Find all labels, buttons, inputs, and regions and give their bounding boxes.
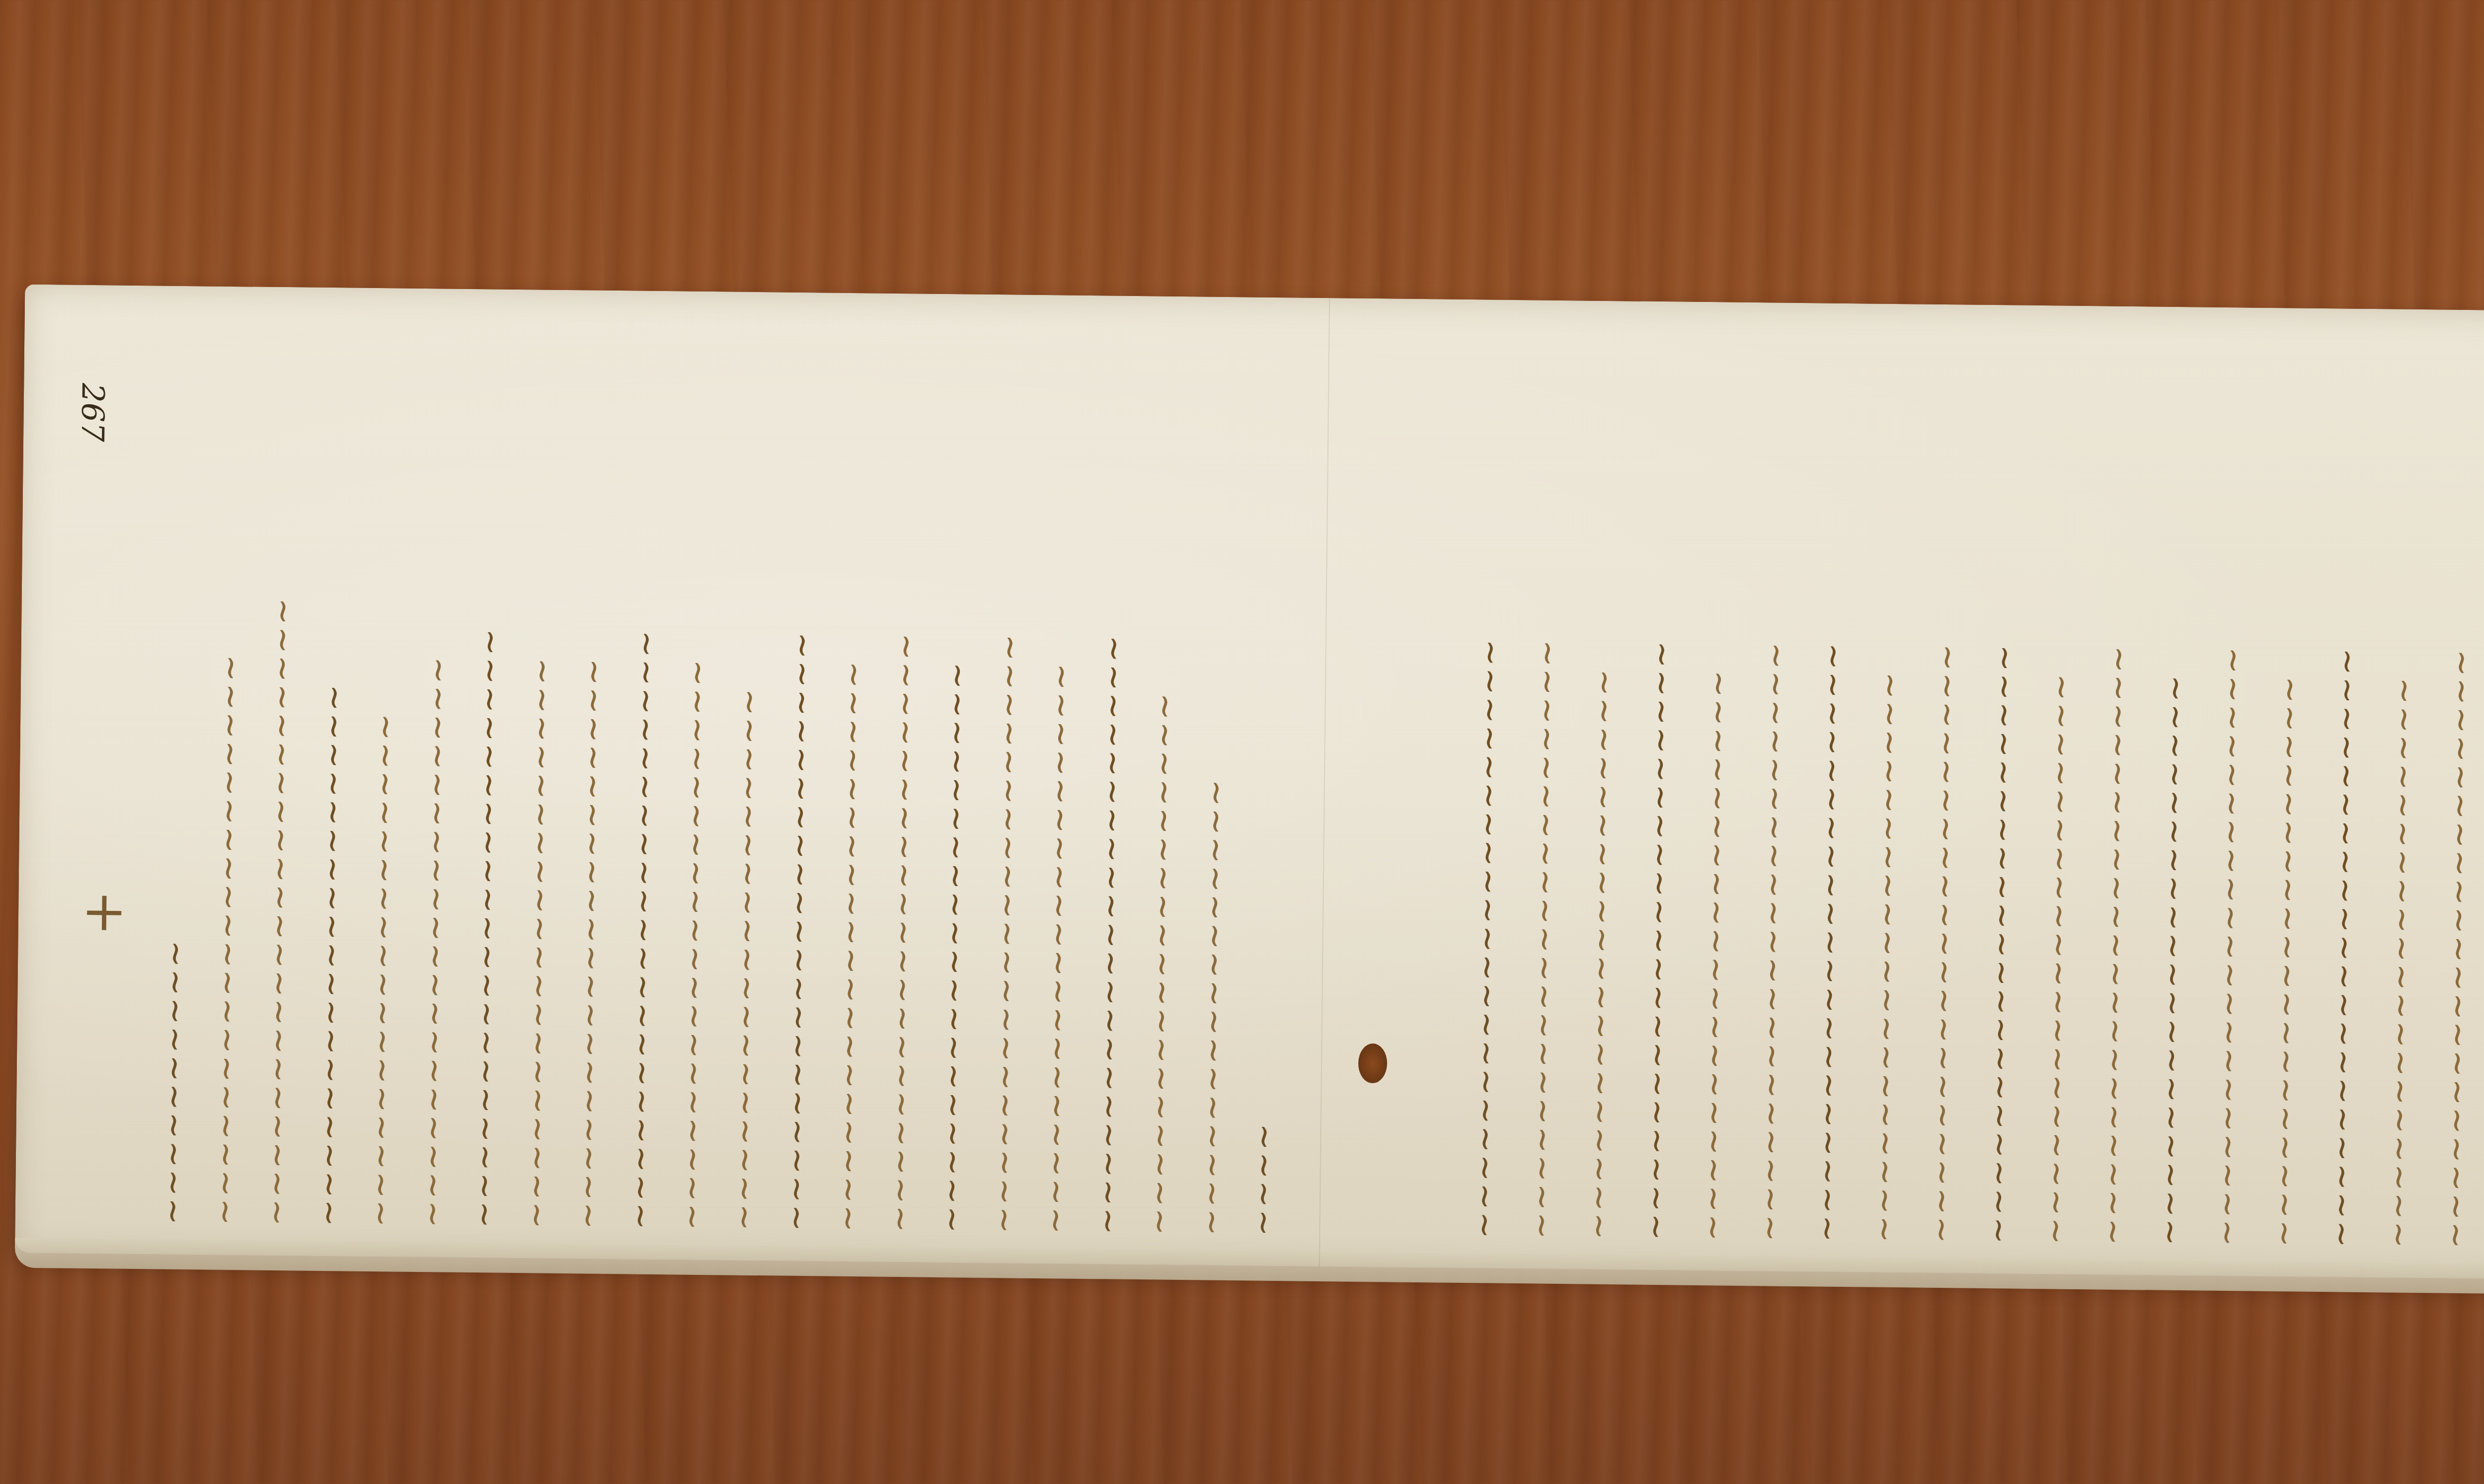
paper-edge bbox=[15, 1238, 2484, 1295]
manuscript-line: ~~~~~~~~~~~~~~~~~~~~ bbox=[2039, 335, 2082, 1245]
manuscript-line: ~~~~~~~~~~~~~~~~~~~~~ bbox=[1639, 331, 1682, 1241]
manuscript-line: ~~~~~~~~~~~~~~~~~~ bbox=[364, 318, 402, 1227]
manuscript-line: ~~~~~~~~~~~~~~~~~~~~ bbox=[572, 320, 610, 1229]
left-text-column: ~~~~~~~~~~~~~~~~~~~~~~~~~~~~~~~~~~~~~~~~… bbox=[145, 315, 1297, 1236]
manuscript-line: ~~~~ bbox=[1247, 327, 1285, 1236]
manuscript-line: ~~~~~~~~~~~~~~~~~~~~~ bbox=[1525, 330, 1567, 1239]
manuscript-line: ~~~~~~~~~~~~~~~~~~~~ bbox=[2153, 337, 2196, 1246]
manuscript-line: ~~~~~~~~~~~~~~~~~~~~~ bbox=[883, 323, 921, 1232]
manuscript-line: ~~~~~~~~~~~~~~~~~~~~ bbox=[208, 316, 246, 1225]
manuscript-line: ~~~~~~~~~~~~~~~~~~~~~ bbox=[2325, 338, 2367, 1248]
manuscript-line: ~~~~~~~~~~~~~~~~~~~~~ bbox=[1753, 332, 1796, 1242]
manuscript-line: ~~~~~~~~~~~~~~~~~~~~~ bbox=[2439, 340, 2482, 1249]
binding-hole bbox=[1358, 1043, 1388, 1084]
center-fold bbox=[1319, 298, 1330, 1266]
manuscript-line: ~~~~~~~~~~ bbox=[156, 316, 194, 1225]
manuscript-line: ~~~~~~~~~~~~~~~~~~~~ bbox=[1039, 325, 1077, 1234]
manuscript-line: ~~~~~~~~~~~~~~~~~~~~~ bbox=[1925, 334, 1967, 1244]
manuscript-page: 267 + ~~~~~~~~~~~~~~~~~~~~~~~~~~~~~~~~~~… bbox=[15, 285, 2484, 1280]
manuscript-line: ~~~~~~~~~~~~~~~~~~~ bbox=[727, 322, 765, 1231]
manuscript-line: ~~~~~~~~~~~~~~~~~~~~~ bbox=[1810, 333, 1853, 1242]
manuscript-line: ~~~~~~~~~~~~~~~~~~~~ bbox=[416, 318, 454, 1227]
manuscript-line: ~~~~~~~~~~~~~~~~~~~~~ bbox=[1468, 329, 1510, 1239]
manuscript-line: ~~~~~~~~~~~~~~~~~~~~~ bbox=[779, 322, 817, 1231]
manuscript-line: ~~~~~~~~~~~~~~~~~~~~~ bbox=[1091, 325, 1129, 1234]
manuscript-line: ~~~~~~~~~~~~~~~~~~~ bbox=[312, 317, 350, 1226]
manuscript-line: ~~~~~~~~~~~~~~~~~~~~~ bbox=[2210, 337, 2253, 1247]
manuscript-line: ~~~~~~~~~~~~~~~~~~~~~ bbox=[468, 319, 506, 1228]
page-number: 267 bbox=[75, 383, 111, 442]
manuscript-line: ~~~~~~~~~~~~~~~~~~~~~ bbox=[1982, 335, 2024, 1244]
manuscript-line: ~~~~~~~~~~~~~~~~~~~~ bbox=[1696, 332, 1739, 1241]
manuscript-line: ~~~~~~~~~~~~~~~~~~~~ bbox=[520, 319, 557, 1228]
manuscript-line: ~~~~~~~~~~~~~~~~~~~~ bbox=[2382, 339, 2424, 1248]
manuscript-line: ~~~~~~~~~~~~~~~~~~~~ bbox=[2267, 338, 2310, 1247]
manuscript-line: ~~~~~~~~~~~~~~~~~~~~~ bbox=[2096, 336, 2139, 1245]
manuscript-line: ~~~~~~~~~~~~~~~~~~~~ bbox=[1582, 331, 1625, 1240]
manuscript-line: ~~~~~~~~~~~~~~~~~~~ bbox=[1143, 326, 1181, 1235]
manuscript-line: ~~~~~~~~~~~~~~~~~~~~~~ bbox=[260, 317, 298, 1226]
manuscript-line: ~~~~~~~~~~~~~~~~~~~~ bbox=[676, 321, 713, 1230]
manuscript-line: ~~~~~~~~~~~~~~~~~~~~ bbox=[1867, 334, 1910, 1243]
manuscript-line: ~~~~~~~~~~~~~~~~~~~~~ bbox=[987, 324, 1025, 1233]
manuscript-line: ~~~~~~~~~~~~~~~~~~~~ bbox=[832, 323, 869, 1232]
manuscript-line: ~~~~~~~~~~~~~~~~~~~~~ bbox=[623, 320, 661, 1229]
right-text-column: ~~~~~~~~~~~~~~~~~~~~~~~~~~~~~~~~~~~~~~~~… bbox=[1456, 329, 2484, 1250]
manuscript-line: ~~~~~~~~~~~~~~~~ bbox=[1195, 326, 1233, 1235]
cross-mark-icon: + bbox=[74, 890, 138, 937]
manuscript-line: ~~~~~~~~~~~~~~~~~~~~ bbox=[935, 324, 973, 1233]
